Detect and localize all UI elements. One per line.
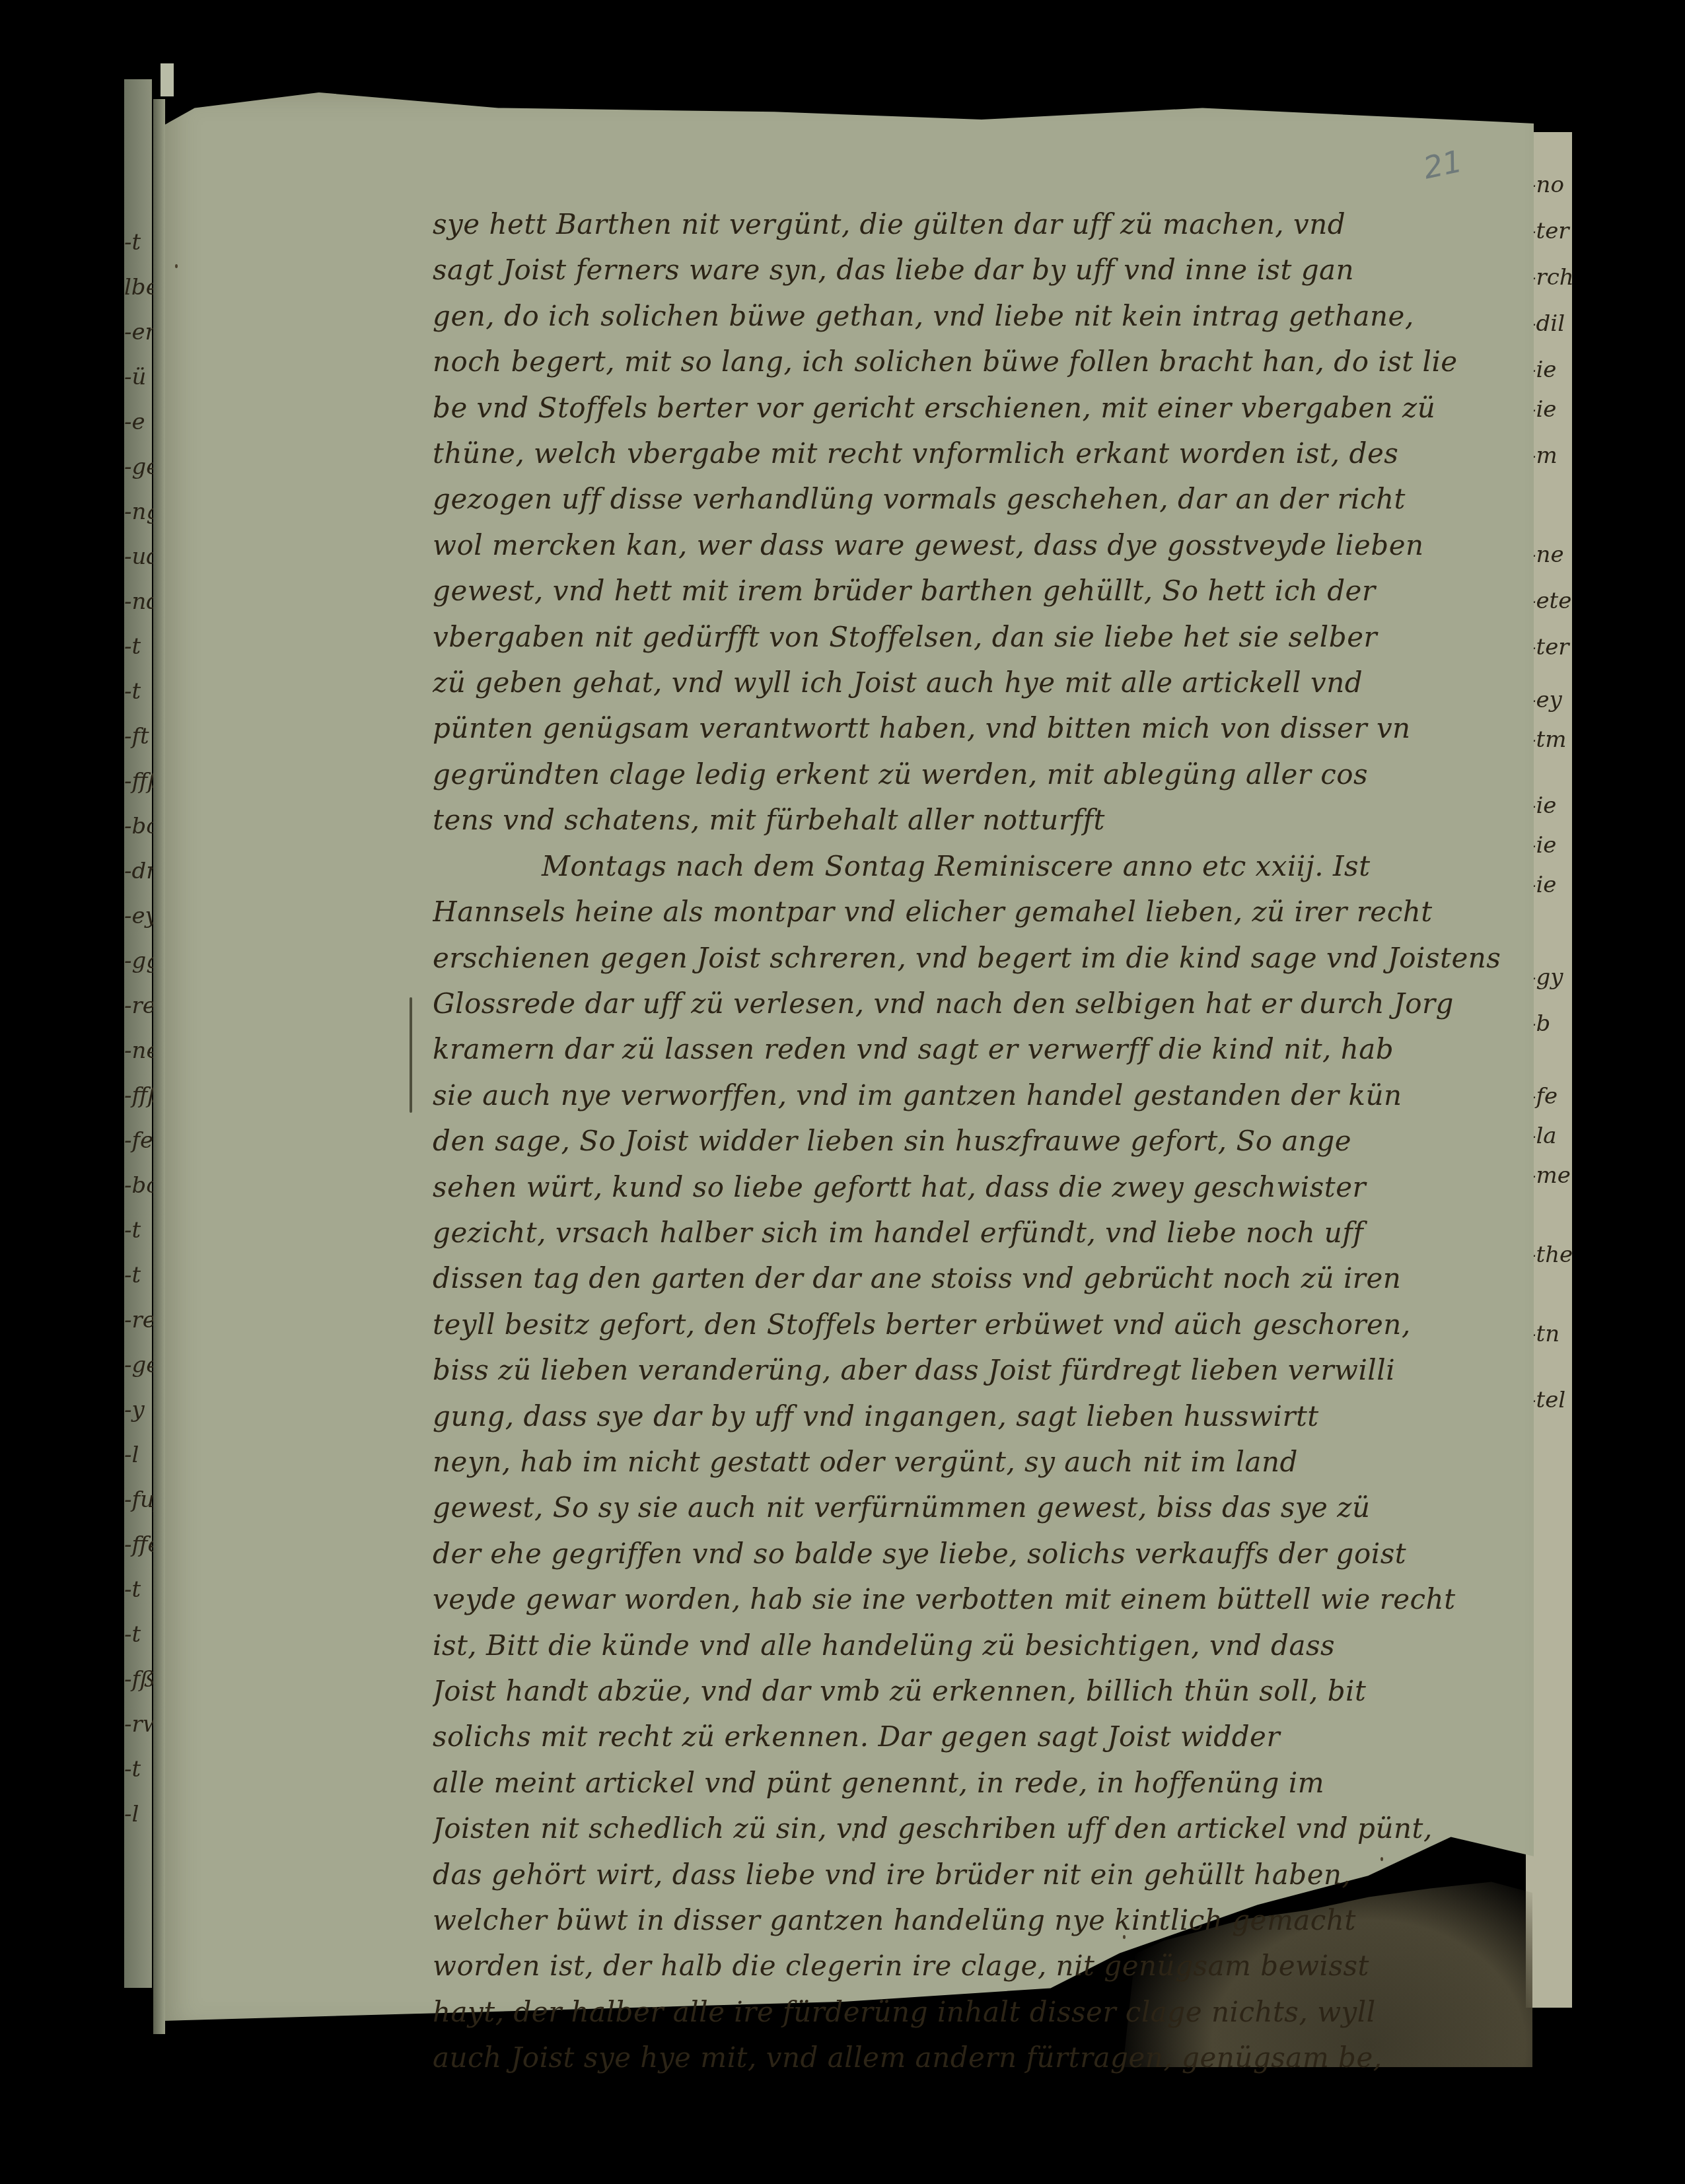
manuscript-line: erschienen gegen Joist schreren, vnd beg…	[433, 935, 1516, 981]
left-margin-fragment: -l	[124, 1803, 139, 1825]
right-margin-fragment: -the	[1528, 1242, 1572, 1268]
right-margin-fragment: -ete	[1528, 588, 1572, 614]
manuscript-line: zü geben gehat, vnd wyll ich Joist auch …	[433, 660, 1516, 705]
marginal-mark	[410, 997, 412, 1113]
right-margin-fragment: -me	[1528, 1162, 1572, 1189]
right-margin-fragment: -dil	[1528, 310, 1572, 337]
manuscript-line: Montags nach dem Sontag Reminiscere anno…	[433, 843, 1516, 889]
left-margin-fragment: -er	[124, 321, 156, 343]
manuscript-line: der ehe gegriffen vnd so balde sye liebe…	[433, 1531, 1516, 1576]
manuscript-line: den sage, So Joist widder lieben sin hus…	[433, 1118, 1516, 1164]
right-margin-fragment: -tm	[1528, 726, 1572, 753]
left-margin-fragment: -t	[124, 680, 141, 703]
manuscript-line: sehen würt, kund so liebe gefortt hat, d…	[433, 1164, 1516, 1210]
left-margin-fragment: -ft	[124, 725, 149, 748]
left-leaf: -tlbey-er-ü-e-ge-ng-ud-nd-t-t-ft-ffß-boy…	[124, 79, 152, 1988]
manuscript-line: Hannsels heine als montpar vnd elicher g…	[433, 889, 1516, 934]
manuscript-line: vbergaben nit gedürfft von Stoffelsen, d…	[433, 614, 1516, 660]
left-margin-fragment: -fß	[124, 1668, 155, 1691]
main-text-block: sye hett Barthen nit vergünt, die gülten…	[433, 201, 1516, 2081]
left-margin-fragment: -y	[124, 1399, 145, 1421]
right-margin-fragment: -rch	[1528, 264, 1572, 291]
manuscript-line: Joist handt abzüe, vnd dar vmb zü erkenn…	[433, 1668, 1516, 1714]
manuscript-line: veyde gewar worden, hab sie ine verbotte…	[433, 1576, 1516, 1622]
right-margin-fragment: -gy	[1528, 964, 1572, 991]
manuscript-line: hayt, der halber alle ire fürderüng inha…	[433, 1989, 1516, 2035]
left-margin-fragment: -t	[124, 1264, 141, 1286]
dust-speck	[175, 264, 178, 268]
manuscript-line: ist, Bitt die künde vnd alle handelüng z…	[433, 1623, 1516, 1668]
right-margin-fragment: -b	[1528, 1010, 1572, 1037]
right-margin-fragment: -ne	[1528, 542, 1572, 568]
manuscript-line: kramern dar zü lassen reden vnd sagt er …	[433, 1026, 1516, 1072]
left-margin-fragment: -e	[124, 411, 145, 433]
right-margin-fragment: -ie	[1528, 832, 1572, 859]
left-margin-fragment: -t	[124, 1758, 141, 1780]
left-margin-fragment: -t	[124, 635, 141, 658]
manuscript-line: thüne, welch vbergabe mit recht vnformli…	[433, 431, 1516, 476]
manuscript-line: Glossrede dar uff zü verlesen, vnd nach …	[433, 981, 1516, 1026]
manuscript-line: teyll besitz gefort, den Stoffels berter…	[433, 1302, 1516, 1347]
left-margin-fragment: -t	[124, 1578, 141, 1601]
right-margin-fragment: -fe	[1528, 1083, 1572, 1110]
right-margin-fragment: -ie	[1528, 793, 1572, 819]
bookmark-tab	[161, 63, 174, 96]
manuscript-line: be vnd Stoffels berter vor gericht ersch…	[433, 385, 1516, 431]
manuscript-line: gewest, vnd hett mit irem brüder barthen…	[433, 568, 1516, 614]
paragraph-2: Montags nach dem Sontag Reminiscere anno…	[433, 843, 1516, 2081]
right-margin-fragment: -ie	[1528, 872, 1572, 898]
manuscript-line: pünten genügsam verantwortt haben, vnd b…	[433, 705, 1516, 751]
left-margin-fragment: -l	[124, 1444, 139, 1466]
right-margin-fragment: -ter	[1528, 634, 1572, 660]
manuscript-line: tens vnd schatens, mit fürbehalt aller n…	[433, 797, 1516, 843]
manuscript-line: worden ist, der halb die clegerin ire cl…	[433, 1943, 1516, 1989]
dust-speck	[852, 1837, 855, 1841]
manuscript-line: alle meint artickel vnd pünt genennt, in…	[433, 1760, 1516, 1806]
manuscript-line: gezicht, vrsach halber sich im handel er…	[433, 1210, 1516, 1255]
manuscript-line: gegründten clage ledig erkent zü werden,…	[433, 752, 1516, 797]
manuscript-line: gewest, So sy sie auch nit verfürnümmen …	[433, 1485, 1516, 1530]
manuscript-line: gung, dass sye dar by uff vnd ingangen, …	[433, 1393, 1516, 1439]
right-margin-fragment: -ie	[1528, 396, 1572, 423]
manuscript-line: welcher büwt in disser gantzen handelüng…	[433, 1897, 1516, 1943]
manuscript-line: sagt Joist ferners ware syn, das liebe d…	[433, 247, 1516, 293]
manuscript-line: das gehört wirt, dass liebe vnd ire brüd…	[433, 1852, 1516, 1897]
right-margin-fragment: -tel	[1528, 1387, 1572, 1413]
right-margin-fragment: -tn	[1528, 1321, 1572, 1347]
manuscript-line: solichs mit recht zü erkennen. Dar gegen…	[433, 1714, 1516, 1759]
paragraph-1: sye hett Barthen nit vergünt, die gülten…	[433, 201, 1516, 843]
manuscript-line: neyn, hab im nicht gestatt oder vergünt,…	[433, 1439, 1516, 1485]
manuscript-line: auch Joist sye hye mit, vnd allem andern…	[433, 2035, 1516, 2080]
right-margin-fragment: -no	[1528, 172, 1572, 198]
page-gutter-shadow	[153, 99, 165, 2034]
right-margin-fragment: -m	[1528, 442, 1572, 469]
right-margin-fragment: -ter	[1528, 218, 1572, 244]
manuscript-line: Joisten nit schedlich zü sin, vnd geschr…	[433, 1806, 1516, 1851]
manuscript-line: gen, do ich solichen büwe gethan, vnd li…	[433, 293, 1516, 339]
manuscript-line: noch begert, mit so lang, ich solichen b…	[433, 339, 1516, 384]
dust-speck	[1123, 1935, 1126, 1939]
left-margin-fragment: -t	[124, 231, 141, 254]
manuscript-line: dissen tag den garten der dar ane stoiss…	[433, 1255, 1516, 1301]
manuscript-line: sie auch nye verworffen, vnd im gantzen …	[433, 1073, 1516, 1118]
manuscript-line: gezogen uff disse verhandlüng vormals ge…	[433, 476, 1516, 522]
manuscript-line: wol mercken kan, wer dass ware gewest, d…	[433, 522, 1516, 568]
right-margin-fragment: -ie	[1528, 357, 1572, 383]
dust-speck	[1380, 1857, 1383, 1861]
manuscript-line: biss zü lieben veranderüng, aber dass Jo…	[433, 1347, 1516, 1393]
right-margin-fragment: -la	[1528, 1123, 1572, 1149]
left-margin-fragment: -t	[124, 1219, 141, 1242]
left-margin-fragment: -ü	[124, 366, 146, 388]
left-margin-fragment: -t	[124, 1623, 141, 1646]
manuscript-line: sye hett Barthen nit vergünt, die gülten…	[433, 201, 1516, 247]
right-margin-fragment: -ey	[1528, 687, 1572, 713]
